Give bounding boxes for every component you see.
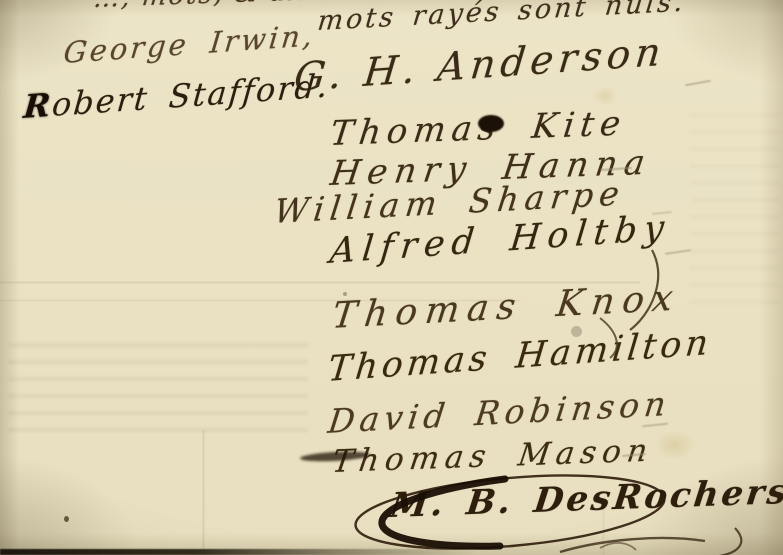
signature-robert-stafford: Robert Stafford.	[22, 66, 331, 126]
bottom-partial-signature-loop	[720, 528, 741, 555]
signature-david-robinson: David Robinson	[326, 384, 673, 441]
paper-stain	[655, 430, 695, 460]
ink-speck	[64, 516, 69, 522]
paper-crease	[0, 282, 640, 283]
bleedthrough-text-left	[8, 330, 308, 440]
scan-edge-shadow	[0, 549, 560, 555]
pencil-dash-anderson	[685, 80, 711, 86]
bottom-partial-signature-stroke	[560, 538, 705, 552]
signature-george-irwin: George Irwin,	[62, 18, 317, 70]
scanned-document-page: …, mots, & all sums. mots rayés sont nul…	[0, 0, 783, 555]
paper-crease	[203, 430, 204, 555]
ink-blot-kite	[478, 115, 504, 132]
bleedthrough-text-right	[690, 100, 780, 310]
bottom-partial-signature-stroke2	[600, 543, 636, 550]
signature-thomas-mason: Thomas Mason	[330, 433, 656, 480]
pencil-dash-holtby	[665, 249, 691, 255]
signature-mb-desrochers: M. B. DesRochers.	[388, 471, 783, 526]
